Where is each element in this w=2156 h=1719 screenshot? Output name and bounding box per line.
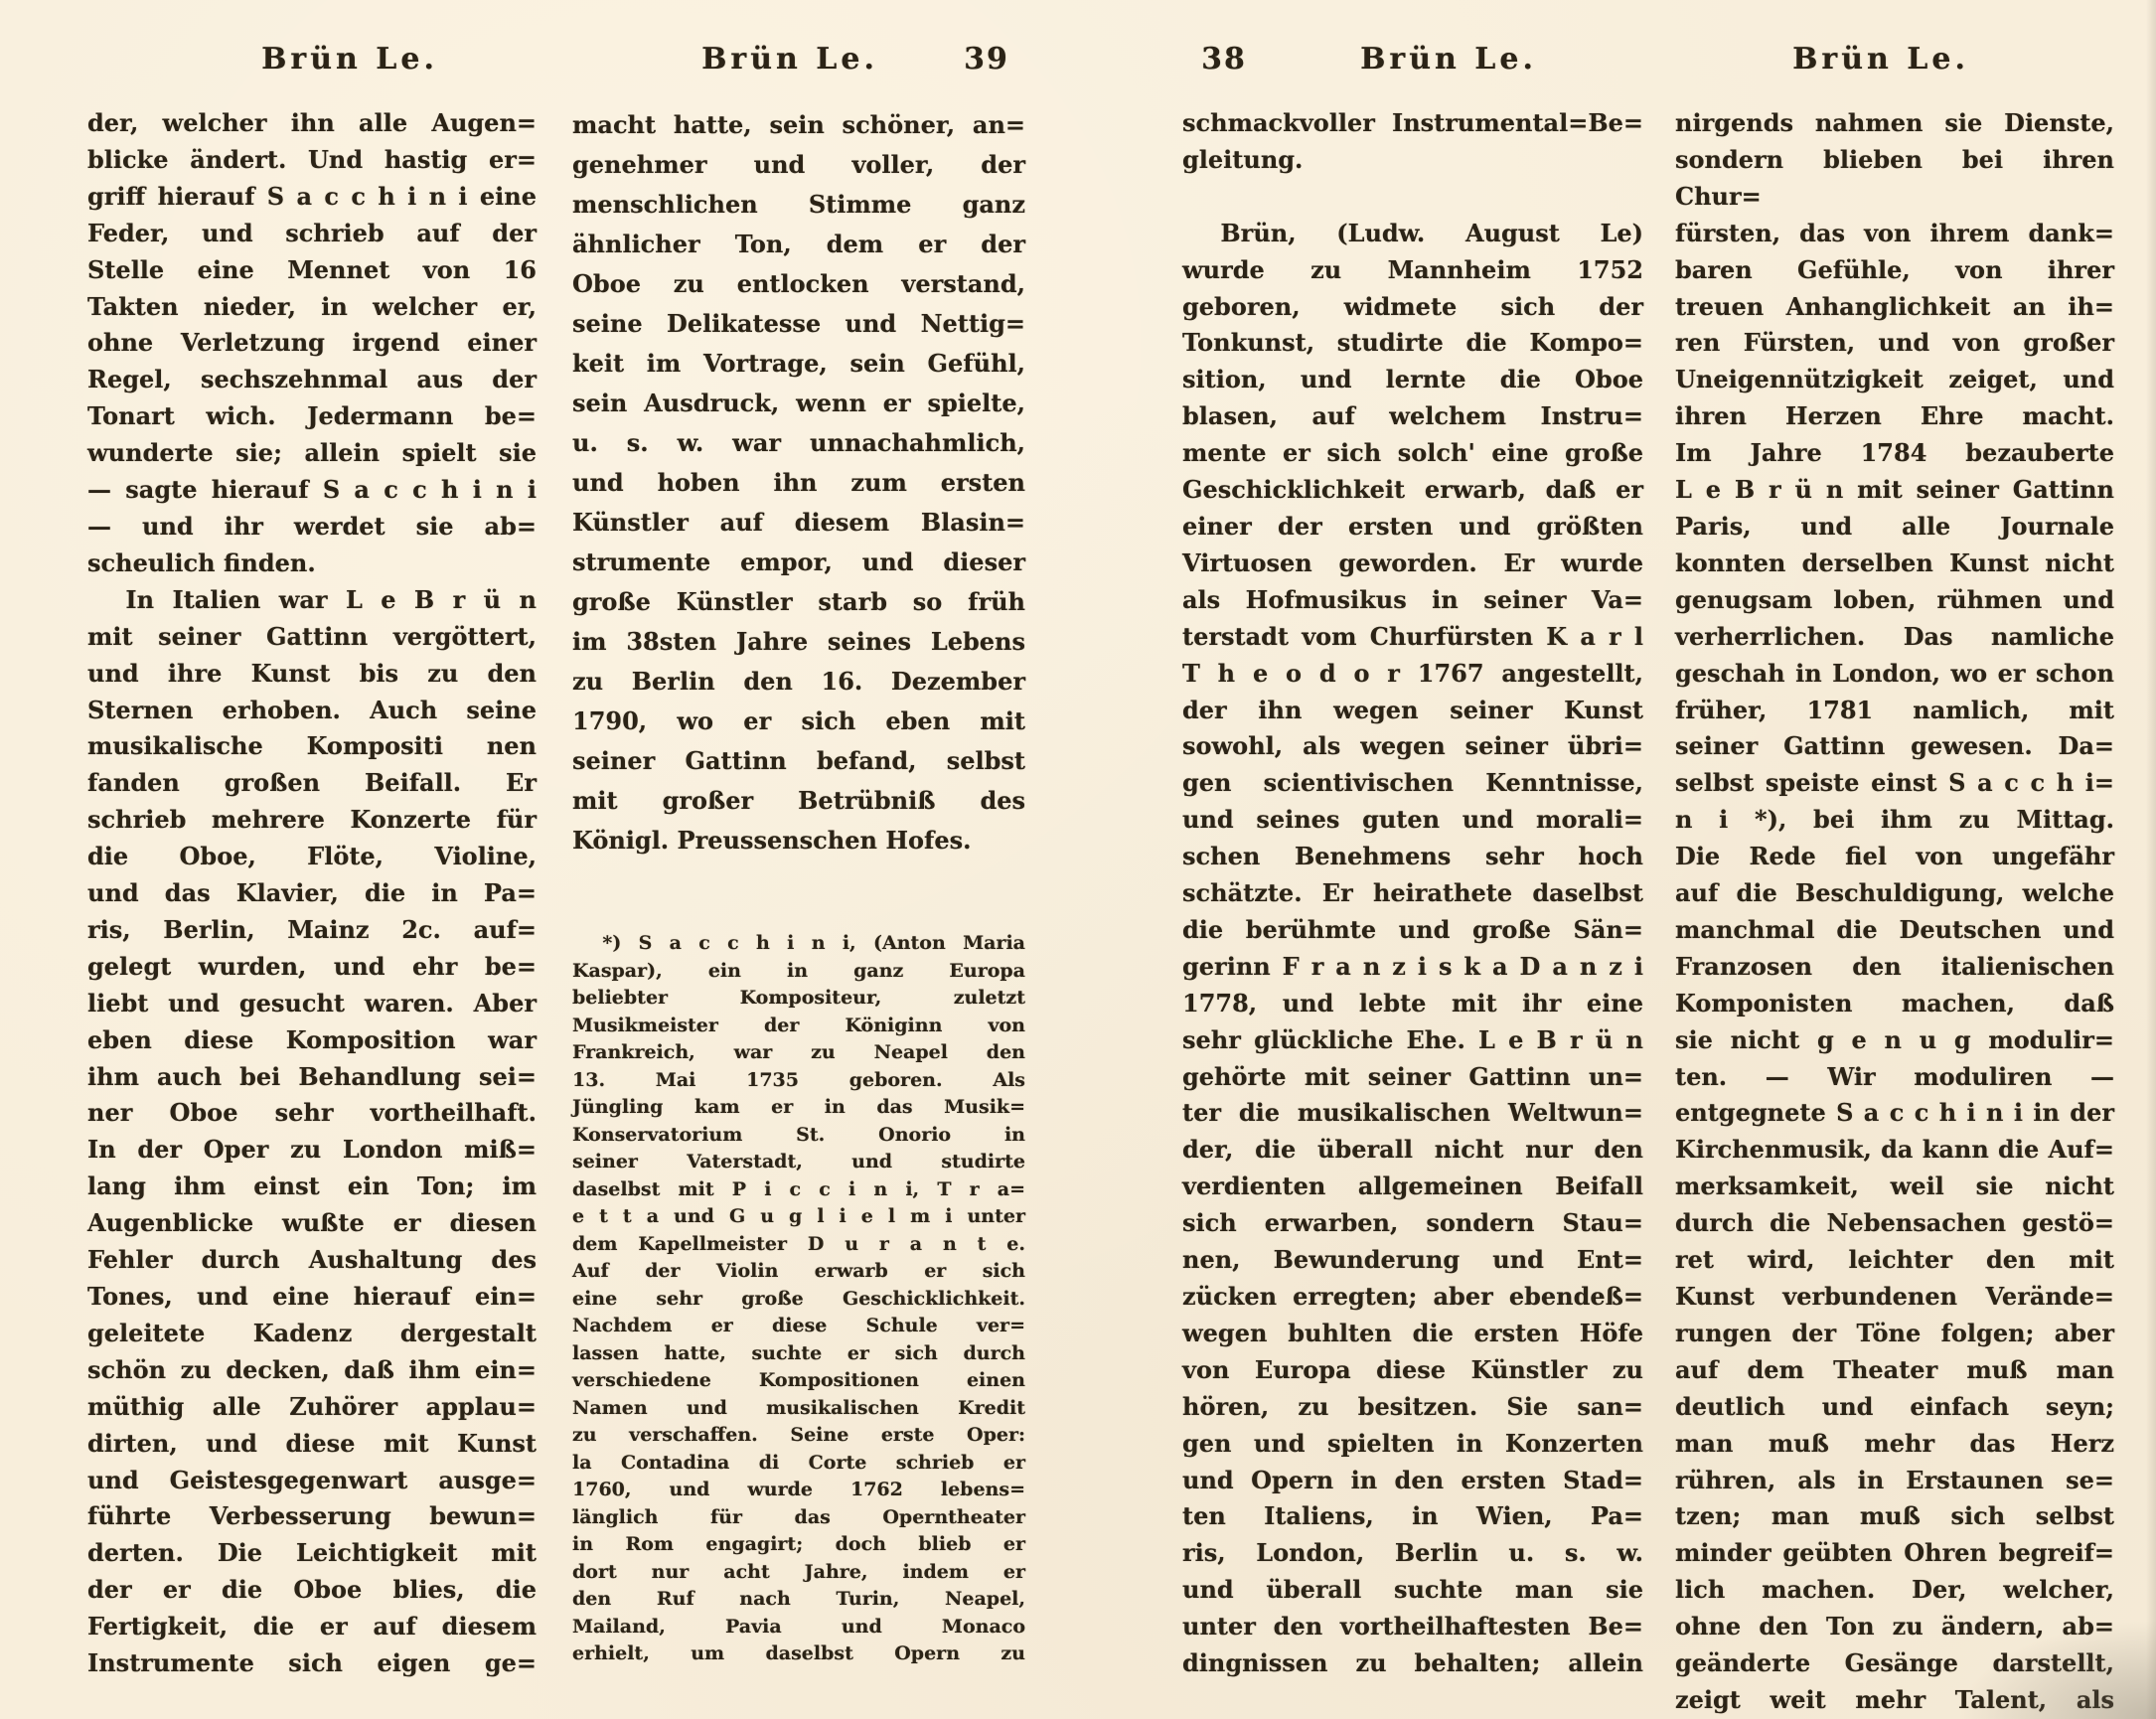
text-line: tzen; man muß sich selbst bbox=[1675, 1498, 2114, 1535]
text-line: der, welcher ihn alle Augen= bbox=[87, 105, 537, 142]
text-line: Augenblicke wußte er diesen bbox=[87, 1205, 537, 1242]
text-line: Auf der Violin erwarb er sich bbox=[572, 1258, 1025, 1286]
text-line: blicke ändert. Und hastig er= bbox=[87, 142, 537, 179]
text-line: dingnissen zu behalten; allein bbox=[1182, 1645, 1643, 1682]
text-line: baren Gefühle, von ihrer bbox=[1675, 252, 2114, 289]
text-line: entgegnete S a c c h i n i in der bbox=[1675, 1095, 2114, 1132]
text-line: Sternen erhoben. Auch seine bbox=[87, 693, 537, 729]
text-line: geleitete Kadenz dergestalt bbox=[87, 1316, 537, 1352]
text-line: seiner Gattinn befand, selbst bbox=[572, 741, 1025, 781]
text-line: ten Italiens, in Wien, Pa= bbox=[1182, 1498, 1643, 1535]
text-line: große Künstler starb so früh bbox=[572, 582, 1025, 622]
text-column-4: nirgends nahmen sie Dienste,sondern blie… bbox=[1675, 105, 2114, 1719]
text-line: fanden großen Beifall. Er bbox=[87, 765, 537, 802]
text-line: schen Benehmens sehr hoch bbox=[1182, 839, 1643, 875]
text-line: einer der ersten und größten bbox=[1182, 509, 1643, 546]
text-line: T h e o d o r 1767 angestellt, bbox=[1182, 656, 1643, 693]
text-line: ren Fürsten, und von großer bbox=[1675, 325, 2114, 362]
text-line: der, die überall nicht nur den bbox=[1182, 1132, 1643, 1169]
text-line: und seines guten und morali= bbox=[1182, 802, 1643, 839]
text-line: lich machen. Der, welcher, bbox=[1675, 1572, 2114, 1609]
text-line: ret wird, leichter den mit bbox=[1675, 1242, 2114, 1279]
text-line: Uneigennützigkeit zeiget, und bbox=[1675, 362, 2114, 398]
text-line: zu verschaffen. Seine erste Oper: bbox=[572, 1422, 1025, 1450]
text-line: sondern blieben bei ihren Chur= bbox=[1675, 142, 2114, 216]
text-column-3: schmackvoller Instrumental=Be=gleitung. … bbox=[1182, 105, 1643, 1682]
text-line: menschlichen Stimme ganz bbox=[572, 185, 1025, 225]
text-line: Stelle eine Mennet von 16 bbox=[87, 252, 537, 289]
text-line: Takten nieder, in welcher er, bbox=[87, 289, 537, 326]
text-line: durch die Nebensachen gestö= bbox=[1675, 1205, 2114, 1242]
text-line: Konservatorium St. Onorio in bbox=[572, 1122, 1025, 1150]
text-line: 1760, und wurde 1762 lebens= bbox=[572, 1477, 1025, 1504]
text-line: blasen, auf welchem Instru= bbox=[1182, 398, 1643, 435]
text-line: wurde zu Mannheim 1752 bbox=[1182, 252, 1643, 289]
text-line: Komponisten machen, daß bbox=[1675, 986, 2114, 1022]
text-line: verdienten allgemeinen Beifall bbox=[1182, 1169, 1643, 1205]
text-line: seine Delikatesse und Nettig= bbox=[572, 304, 1025, 344]
text-line: schmackvoller Instrumental=Be= bbox=[1182, 105, 1643, 142]
text-line: in Rom engagirt; doch blieb er bbox=[572, 1531, 1025, 1559]
text-line: liebt und gesucht waren. Aber bbox=[87, 986, 537, 1022]
page-edge-shadow bbox=[2146, 0, 2156, 1719]
text-line: Oboe zu entlocken verstand, bbox=[572, 264, 1025, 304]
running-title-right-col2: Brün Le. bbox=[1792, 42, 1969, 77]
text-line: selbst speiste einst S a c c h i= bbox=[1675, 765, 2114, 802]
text-line: auf dem Theater muß man bbox=[1675, 1352, 2114, 1389]
text-line: ihm auch bei Behandlung sei= bbox=[87, 1059, 537, 1096]
text-line: dem Kapellmeister D u r a n t e. bbox=[572, 1231, 1025, 1259]
text-line: verherrlichen. Das namliche bbox=[1675, 619, 2114, 656]
text-line: gleitung. bbox=[1182, 142, 1643, 179]
text-line: Jüngling kam er in das Musik= bbox=[572, 1094, 1025, 1122]
text-line: Geschicklichkeit erwarb, daß er bbox=[1182, 472, 1643, 509]
text-line: Die Rede fiel von ungefähr bbox=[1675, 839, 2114, 875]
text-line: dirten, und diese mit Kunst bbox=[87, 1426, 537, 1463]
text-line: ten. — Wir moduliren — bbox=[1675, 1059, 2114, 1096]
text-line: verschiedene Kompositionen einen bbox=[572, 1367, 1025, 1395]
text-line: treuen Anhanglichkeit an ih= bbox=[1675, 289, 2114, 326]
text-line: und überall suchte man sie bbox=[1182, 1572, 1643, 1609]
text-line: la Contadina di Corte schrieb er bbox=[572, 1450, 1025, 1478]
text-line: wunderte sie; allein spielt sie bbox=[87, 435, 537, 472]
text-line: schrieb mehrere Konzerte für bbox=[87, 802, 537, 839]
text-line: L e B r ü n mit seiner Gattinn bbox=[1675, 472, 2114, 509]
text-line: den Ruf nach Turin, Neapel, bbox=[572, 1586, 1025, 1614]
text-line: ter die musikalischen Weltwun= bbox=[1182, 1095, 1643, 1132]
book-spread: Brün Le. Brün Le. 39 38 Brün Le. Brün Le… bbox=[0, 0, 2156, 1719]
text-line: ris, Berlin, Mainz 2c. auf= bbox=[87, 912, 537, 949]
text-line: gerinn F r a n z i s k a D a n z i bbox=[1182, 949, 1643, 986]
text-line: zeigt weit mehr Talent, als bbox=[1675, 1682, 2114, 1719]
text-line: Kaspar), ein in ganz Europa bbox=[572, 958, 1025, 986]
text-line: gen und spielten in Konzerten bbox=[1182, 1426, 1643, 1463]
text-line: *) S a c c h i n i, (Anton Maria bbox=[572, 930, 1025, 958]
text-line: Tonart wich. Jedermann be= bbox=[87, 398, 537, 435]
text-line: Fertigkeit, die er auf diesem bbox=[87, 1609, 537, 1645]
text-line: wegen buhlten die ersten Höfe bbox=[1182, 1316, 1643, 1352]
text-line: — sagte hierauf S a c c h i n i bbox=[87, 472, 537, 509]
text-line: und Opern in den ersten Stad= bbox=[1182, 1463, 1643, 1499]
text-line: merksamkeit, weil sie nicht bbox=[1675, 1169, 2114, 1205]
text-line: Im Jahre 1784 bezauberte bbox=[1675, 435, 2114, 472]
text-line: beliebter Kompositeur, zuletzt bbox=[572, 985, 1025, 1013]
text-line: müthig alle Zuhörer applau= bbox=[87, 1389, 537, 1426]
text-line: Mailand, Pavia und Monaco bbox=[572, 1614, 1025, 1641]
text-line: keit im Vortrage, sein Gefühl, bbox=[572, 344, 1025, 384]
text-line: schön zu decken, daß ihm ein= bbox=[87, 1352, 537, 1389]
text-line: sition, und lernte die Oboe bbox=[1182, 362, 1643, 398]
page-number-right: 38 bbox=[1201, 42, 1247, 77]
text-line: führte Verbesserung bewun= bbox=[87, 1498, 537, 1535]
text-line: der er die Oboe blies, die bbox=[87, 1572, 537, 1609]
text-line: eine sehr große Geschicklichkeit. bbox=[572, 1286, 1025, 1314]
text-line: 1778, und lebte mit ihr eine bbox=[1182, 986, 1643, 1022]
text-line: geboren, widmete sich der bbox=[1182, 289, 1643, 326]
text-line: griff hierauf S a c c h i n i eine bbox=[87, 179, 537, 216]
text-line: die berühmte und große Sän= bbox=[1182, 912, 1643, 949]
text-line: nirgends nahmen sie Dienste, bbox=[1675, 105, 2114, 142]
text-line: eben diese Komposition war bbox=[87, 1022, 537, 1059]
text-line: länglich für das Operntheater bbox=[572, 1504, 1025, 1532]
text-line: man muß mehr das Herz bbox=[1675, 1426, 2114, 1463]
text-line: Nachdem er diese Schule ver= bbox=[572, 1313, 1025, 1340]
text-line: ohne den Ton zu ändern, ab= bbox=[1675, 1609, 2114, 1645]
text-line: Virtuosen geworden. Er wurde bbox=[1182, 546, 1643, 582]
text-line: deutlich und einfach seyn; bbox=[1675, 1389, 2114, 1426]
text-line: nen, Bewunderung und Ent= bbox=[1182, 1242, 1643, 1279]
text-line: Franzosen den italienischen bbox=[1675, 949, 2114, 986]
text-line: seiner Vaterstadt, und studirte bbox=[572, 1149, 1025, 1176]
text-line: gen scientivischen Kenntnisse, bbox=[1182, 765, 1643, 802]
text-line: früher, 1781 namlich, mit bbox=[1675, 693, 2114, 729]
text-line: seiner Gattinn gewesen. Da= bbox=[1675, 728, 2114, 765]
text-line: erhielt, um daselbst Opern zu bbox=[572, 1641, 1025, 1668]
text-line: 13. Mai 1735 geboren. Als bbox=[572, 1067, 1025, 1095]
text-line: — und ihr werdet sie ab= bbox=[87, 509, 537, 546]
page-number-left: 39 bbox=[964, 42, 1009, 77]
text-line: fürsten, das von ihrem dank= bbox=[1675, 216, 2114, 252]
text-line: sehr glückliche Ehe. L e B r ü n bbox=[1182, 1022, 1643, 1059]
text-line: von Europa diese Künstler zu bbox=[1182, 1352, 1643, 1389]
text-line: Frankreich, war zu Neapel den bbox=[572, 1039, 1025, 1067]
text-line: Tones, und eine hierauf ein= bbox=[87, 1279, 537, 1316]
text-line: und Geistesgegenwart ausge= bbox=[87, 1463, 537, 1499]
text-line: derten. Die Leichtigkeit mit bbox=[87, 1535, 537, 1572]
text-line: mente er sich solch' eine große bbox=[1182, 435, 1643, 472]
text-line: In Italien war L e B r ü n bbox=[87, 582, 537, 619]
text-line: geänderte Gesänge darstellt, bbox=[1675, 1645, 2114, 1682]
text-line: Kirchenmusik, da kann die Auf= bbox=[1675, 1132, 2114, 1169]
text-line bbox=[1182, 179, 1643, 216]
text-column-2: macht hatte, sein schöner, an=genehmer u… bbox=[572, 105, 1025, 1668]
running-title-left-col1: Brün Le. bbox=[261, 42, 438, 77]
text-line: gelegt wurden, und ehr be= bbox=[87, 949, 537, 986]
text-line: musikalische Kompositi nen bbox=[87, 728, 537, 765]
text-line: daselbst mit P i c c i n i, T r a= bbox=[572, 1176, 1025, 1204]
text-line: macht hatte, sein schöner, an= bbox=[572, 105, 1025, 145]
text-line: geschah in London, wo er schon bbox=[1675, 656, 2114, 693]
text-line: u. s. w. war unnachahmlich, bbox=[572, 423, 1025, 463]
text-line: zu Berlin den 16. Dezember bbox=[572, 662, 1025, 702]
text-line: Feder, und schrieb auf der bbox=[87, 216, 537, 252]
text-line: hören, zu besitzen. Sie san= bbox=[1182, 1389, 1643, 1426]
text-line: sie nicht g e n u g modulir= bbox=[1675, 1022, 2114, 1059]
text-line: dort nur acht Jahre, indem er bbox=[572, 1559, 1025, 1587]
text-line: Künstler auf diesem Blasin= bbox=[572, 503, 1025, 543]
text-line: terstadt vom Churfürsten K a r l bbox=[1182, 619, 1643, 656]
text-line: zücken erregten; aber ebendeß= bbox=[1182, 1279, 1643, 1316]
text-line: e t t a und G u g l i e l m i unter bbox=[572, 1203, 1025, 1231]
footnote-block: *) S a c c h i n i, (Anton MariaKaspar),… bbox=[572, 930, 1025, 1668]
text-line: Tonkunst, studirte die Kompo= bbox=[1182, 325, 1643, 362]
text-line: die Oboe, Flöte, Violine, bbox=[87, 839, 537, 875]
text-line: strumente empor, und dieser bbox=[572, 543, 1025, 582]
text-line: rühren, als in Erstaunen se= bbox=[1675, 1463, 2114, 1499]
column-2-body: macht hatte, sein schöner, an=genehmer u… bbox=[572, 105, 1025, 860]
text-line: ihren Herzen Ehre macht. bbox=[1675, 398, 2114, 435]
text-line: lassen hatte, suchte er sich durch bbox=[572, 1340, 1025, 1368]
text-line: sowohl, als wegen seiner übri= bbox=[1182, 728, 1643, 765]
text-line: mit großer Betrübniß des bbox=[572, 781, 1025, 821]
text-line: Kunst verbundenen Verände= bbox=[1675, 1279, 2114, 1316]
text-line: ohne Verletzung irgend einer bbox=[87, 325, 537, 362]
text-line: konnten derselben Kunst nicht bbox=[1675, 546, 2114, 582]
text-line: lang ihm einst ein Ton; im bbox=[87, 1169, 537, 1205]
text-line: gehörte mit seiner Gattinn un= bbox=[1182, 1059, 1643, 1096]
text-line: auf die Beschuldigung, welche bbox=[1675, 875, 2114, 912]
text-line: sein Ausdruck, wenn er spielte, bbox=[572, 384, 1025, 423]
text-line: unter den vortheilhaftesten Be= bbox=[1182, 1609, 1643, 1645]
text-line: genehmer und voller, der bbox=[572, 145, 1025, 185]
text-line: ähnlicher Ton, dem er der bbox=[572, 225, 1025, 264]
text-line: n i *), bei ihm zu Mittag. bbox=[1675, 802, 2114, 839]
text-line: Musikmeister der Königinn von bbox=[572, 1013, 1025, 1040]
text-column-1: der, welcher ihn alle Augen=blicke änder… bbox=[87, 105, 537, 1682]
text-line: Instrumente sich eigen ge= bbox=[87, 1645, 537, 1682]
text-line: rungen der Töne folgen; aber bbox=[1675, 1316, 2114, 1352]
text-line: schätzte. Er heirathete daselbst bbox=[1182, 875, 1643, 912]
text-line: und das Klavier, die in Pa= bbox=[87, 875, 537, 912]
running-title-right-col1: Brün Le. bbox=[1360, 42, 1537, 77]
text-line: Fehler durch Aushaltung des bbox=[87, 1242, 537, 1279]
text-line: Regel, sechszehnmal aus der bbox=[87, 362, 537, 398]
text-line: ris, London, Berlin u. s. w. bbox=[1182, 1535, 1643, 1572]
text-line: ner Oboe sehr vortheilhaft. bbox=[87, 1095, 537, 1132]
text-line: mit seiner Gattinn vergöttert, bbox=[87, 619, 537, 656]
text-line: sich erwarben, sondern Stau= bbox=[1182, 1205, 1643, 1242]
text-line: Brün, (Ludw. August Le) bbox=[1182, 216, 1643, 252]
text-line: Paris, und alle Journale bbox=[1675, 509, 2114, 546]
text-line: Namen und musikalischen Kredit bbox=[572, 1395, 1025, 1423]
text-line: im 38sten Jahre seines Lebens bbox=[572, 622, 1025, 662]
text-line: als Hofmusikus in seiner Va= bbox=[1182, 582, 1643, 619]
text-line: und hoben ihn zum ersten bbox=[572, 463, 1025, 503]
text-line: der ihn wegen seiner Kunst bbox=[1182, 693, 1643, 729]
text-line: genugsam loben, rühmen und bbox=[1675, 582, 2114, 619]
text-line: manchmal die Deutschen und bbox=[1675, 912, 2114, 949]
text-line: Königl. Preussenschen Hofes. bbox=[572, 821, 1025, 860]
text-line: scheulich finden. bbox=[87, 546, 537, 582]
text-line: minder geübten Ohren begreif= bbox=[1675, 1535, 2114, 1572]
text-line: In der Oper zu London miß= bbox=[87, 1132, 537, 1169]
text-line: 1790, wo er sich eben mit bbox=[572, 702, 1025, 741]
running-title-left-col2: Brün Le. bbox=[701, 42, 878, 77]
text-line: und ihre Kunst bis zu den bbox=[87, 656, 537, 693]
